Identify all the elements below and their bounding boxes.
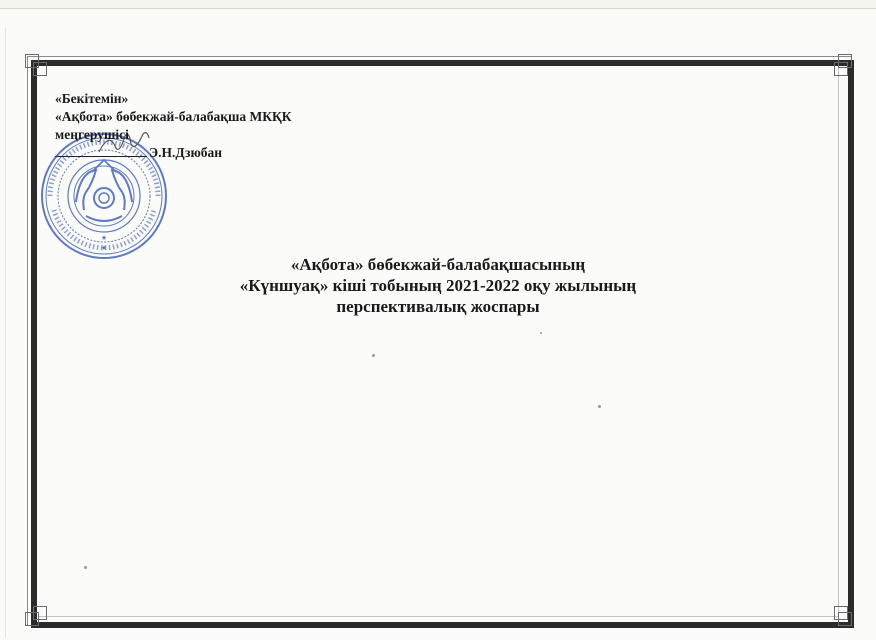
approval-heading: «Бекітемін» xyxy=(55,90,292,108)
frame-corner-ornament xyxy=(834,606,848,620)
frame-corner-ornament xyxy=(834,62,848,76)
title-line-1: «Ақбота» бөбекжай-балабақшасының xyxy=(0,254,876,275)
svg-text:★: ★ xyxy=(101,234,107,242)
approval-organization: «Ақбота» бөбекжай-балабақша МКҚК xyxy=(55,108,292,126)
title-line-2: «Күншуақ» кіші тобының 2021-2022 оқу жыл… xyxy=(0,275,876,296)
scan-speck xyxy=(84,566,87,569)
approval-block: «Бекітемін» «Ақбота» бөбекжай-балабақша … xyxy=(55,90,292,162)
scan-edge xyxy=(0,0,876,9)
frame-corner-ornament xyxy=(33,62,47,76)
scan-speck xyxy=(598,405,601,408)
signatory-name: Э.Н.Дзюбан xyxy=(149,145,222,160)
scan-speck xyxy=(540,332,542,334)
frame-corner-ornament xyxy=(33,606,47,620)
scan-edge-left xyxy=(5,28,6,638)
approval-signature-line: Э.Н.Дзюбан xyxy=(55,144,292,162)
svg-text:★: ★ xyxy=(101,244,107,252)
document-title: «Ақбота» бөбекжай-балабақшасының «Күншуа… xyxy=(0,254,876,317)
scan-speck xyxy=(372,354,375,357)
title-line-3: перспективалық жоспары xyxy=(0,296,876,317)
approval-position: меңгерушісі xyxy=(55,126,292,144)
signature-underline xyxy=(55,156,147,157)
